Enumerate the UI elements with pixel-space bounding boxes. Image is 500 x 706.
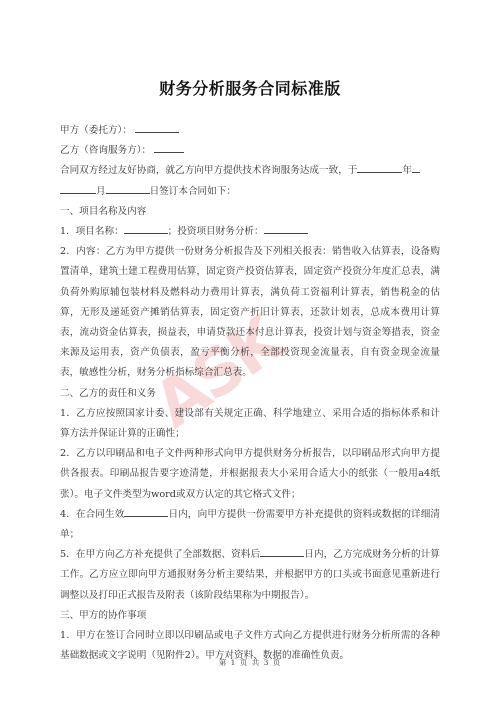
project-name-blank[interactable] (124, 224, 168, 234)
party-b-label: 乙方（咨询服务方）： (60, 145, 151, 156)
section-1-heading: 一、项目名称及内容 (60, 202, 440, 222)
investment-analysis-label: ；投资项目财务分析： (168, 226, 264, 237)
month-blank[interactable] (60, 184, 96, 194)
page-number: 第 1 页 共 3 页 (0, 657, 500, 668)
item-2-2: 2．乙方以印刷品和电子文件两种形式向甲方提供财务分析报告，以印刷品形式向甲方提供… (60, 444, 440, 505)
party-a-line: 甲方（委托方）： (60, 121, 440, 141)
item-2-4: 4．在合同生效日内，向甲方提供一份需要甲方补充提供的资料或数据的详细清单； (60, 505, 440, 545)
project-name-label: 1．项目名称： (60, 226, 124, 237)
day-blank[interactable] (106, 184, 150, 194)
document-body: 甲方（委托方）： 乙方（咨询服务方）： 合同双方经过友好协商，就乙方向甲方提供技… (60, 121, 440, 666)
party-a-label: 甲方（委托方）： (60, 125, 132, 136)
intro-text: 合同双方经过友好协商，就乙方向甲方提供技术咨询服务达成一致，于 (60, 165, 357, 176)
item-2-4-start: 4．在合同生效 (60, 509, 124, 520)
month-blank-start[interactable] (412, 163, 420, 173)
item-2-5: 5．在甲方向乙方补充提供了全部数据、资料后日内，乙方完成财务分析的计算工作。乙方… (60, 545, 440, 606)
item-1-1: 1．项目名称：；投资项目财务分析： (60, 222, 440, 242)
item-2-5-start: 5．在甲方向乙方补充提供了全部数据、资料后 (60, 549, 260, 560)
party-a-blank[interactable] (135, 123, 179, 133)
month-label: 月 (96, 186, 106, 197)
year-label: 年 (402, 165, 412, 176)
intro-end-text: 日签订本合同如下： (150, 186, 236, 197)
item-2-1: 1．乙方应按照国家计委、建设部有关规定正确、科学地建立、采用合适的指标体系和计算… (60, 404, 440, 444)
document-page: ASK 财务分析服务合同标准版 甲方（委托方）： 乙方（咨询服务方）： 合同双方… (0, 0, 500, 706)
party-b-line: 乙方（咨询服务方）： (60, 141, 440, 161)
investment-analysis-blank[interactable] (264, 224, 308, 234)
document-title: 财务分析服务合同标准版 (0, 76, 500, 99)
section-2-heading: 二、乙方的责任和义务 (60, 384, 440, 404)
year-blank[interactable] (357, 163, 402, 173)
item-1-2: 2．内容：乙方为甲方提供一份财务分析报告及下列相关报表：销售收入估算表，设备购置… (60, 242, 440, 383)
section-3-heading: 三、甲方的协作事项 (60, 606, 440, 626)
days-blank-2[interactable] (260, 547, 304, 557)
intro-line-2: 月日签订本合同如下： (60, 182, 440, 202)
party-b-blank[interactable] (154, 143, 184, 153)
days-blank-1[interactable] (124, 507, 168, 517)
intro-line: 合同双方经过友好协商，就乙方向甲方提供技术咨询服务达成一致，于年 (60, 161, 440, 181)
